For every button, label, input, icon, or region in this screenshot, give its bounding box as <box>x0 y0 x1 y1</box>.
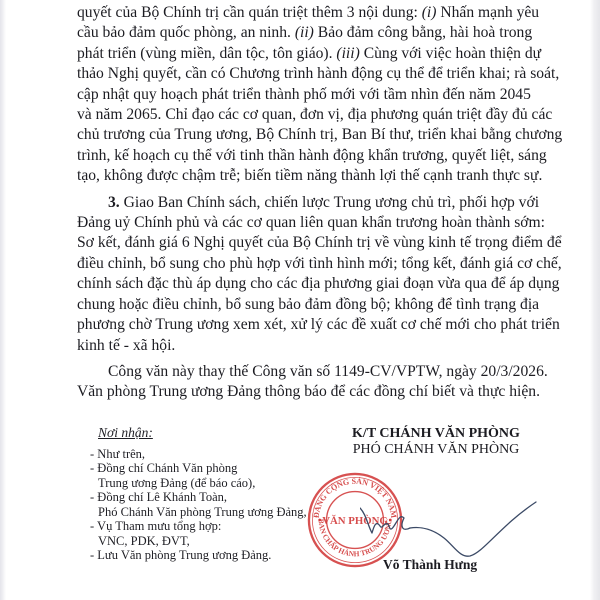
text-line: phương chờ Trung ương xem xét, xử lý các… <box>77 315 480 335</box>
paragraph-closing: Công văn này thay thế Công văn số 1149-C… <box>77 362 480 403</box>
text-line: và năm 2065. Chỉ đạo các cơ quan, đơn vị… <box>77 105 480 125</box>
recipients-list: - Như trên,- Đồng chí Chánh Văn phòngTru… <box>90 447 307 563</box>
signer-name: Võ Thành Hưng <box>383 557 477 573</box>
recipients-block: Nơi nhận: - Như trên,- Đồng chí Chánh Vă… <box>90 426 307 563</box>
text-line: Sơ kết, đánh giá 6 Nghị quyết của Bộ Chí… <box>77 233 480 253</box>
text-line: trình, kế hoạch cụ thể với tinh thần hàn… <box>77 146 480 166</box>
text-line: chủ trương của Trung ương, Bộ Chính trị,… <box>77 125 480 145</box>
text-line: điều chỉnh, bổ sung cho phù hợp với tình… <box>77 254 480 274</box>
text-line: Đảng uỷ Chính phủ và các cơ quan liên qu… <box>77 213 480 233</box>
on-behalf-title: K/T CHÁNH VĂN PHÒNG <box>348 426 524 442</box>
text-line: quyết của Bộ Chính trị cần quán triệt th… <box>77 3 480 23</box>
signature-block: K/T CHÁNH VĂN PHÒNG PHÓ CHÁNH VĂN PHÒNG <box>348 426 524 458</box>
page-right-edge <box>590 0 600 600</box>
document-body: quyết của Bộ Chính trị cần quán triệt th… <box>77 3 480 403</box>
page-left-edge <box>0 0 6 600</box>
text-line: thảo Nghị quyết, cần có Chương trình hàn… <box>77 64 480 84</box>
recipient-item-detail: Trung ương Đảng (để báo cáo), <box>90 476 307 491</box>
recipient-item: - Như trên, <box>90 447 307 462</box>
text-line: chung hoặc điều chỉnh, bổ sung bảo đảm đ… <box>77 295 480 315</box>
recipient-item: - Lưu Văn phòng Trung ương Đảng. <box>90 548 307 563</box>
section-number: 3. <box>108 194 124 211</box>
paragraph-resolution-content: quyết của Bộ Chính trị cần quán triệt th… <box>77 3 480 187</box>
text-line: tạo, không được chậm trễ; biến tiềm năng… <box>77 166 480 186</box>
recipient-item: - Vụ Tham mưu tổng hợp: <box>90 519 307 534</box>
text-line: 3. Giao Ban Chính sách, chiến lược Trung… <box>77 193 480 213</box>
text-line: phát triển (vùng miền, dân tộc, tôn giáo… <box>77 44 480 64</box>
signer-position: PHÓ CHÁNH VĂN PHÒNG <box>348 442 524 458</box>
recipient-item-detail: VNC, PDK, ĐVT, <box>90 534 307 549</box>
text-line: cầu bảo đảm quốc phòng, an ninh. (ii) Bả… <box>77 23 480 43</box>
text-line: Văn phòng Trung ương Đảng thông báo để c… <box>77 382 480 402</box>
recipients-title: Nơi nhận: <box>98 426 307 441</box>
text-line: Công văn này thay thế Công văn số 1149-C… <box>77 362 480 382</box>
text-line: chính sách đặc thù áp dụng cho các địa p… <box>77 274 480 294</box>
text-line: kinh tế - xã hội. <box>77 336 480 356</box>
recipient-item: - Đồng chí Lê Khánh Toàn, <box>90 490 307 505</box>
paragraph-3-assignment: 3. Giao Ban Chính sách, chiến lược Trung… <box>77 193 480 356</box>
recipient-item: - Đồng chí Chánh Văn phòng <box>90 461 307 476</box>
recipient-item-detail: Phó Chánh Văn phòng Trung ương Đảng, <box>90 505 307 520</box>
text-line: cập nhật quy hoạch phát triển thành phố … <box>77 85 480 105</box>
